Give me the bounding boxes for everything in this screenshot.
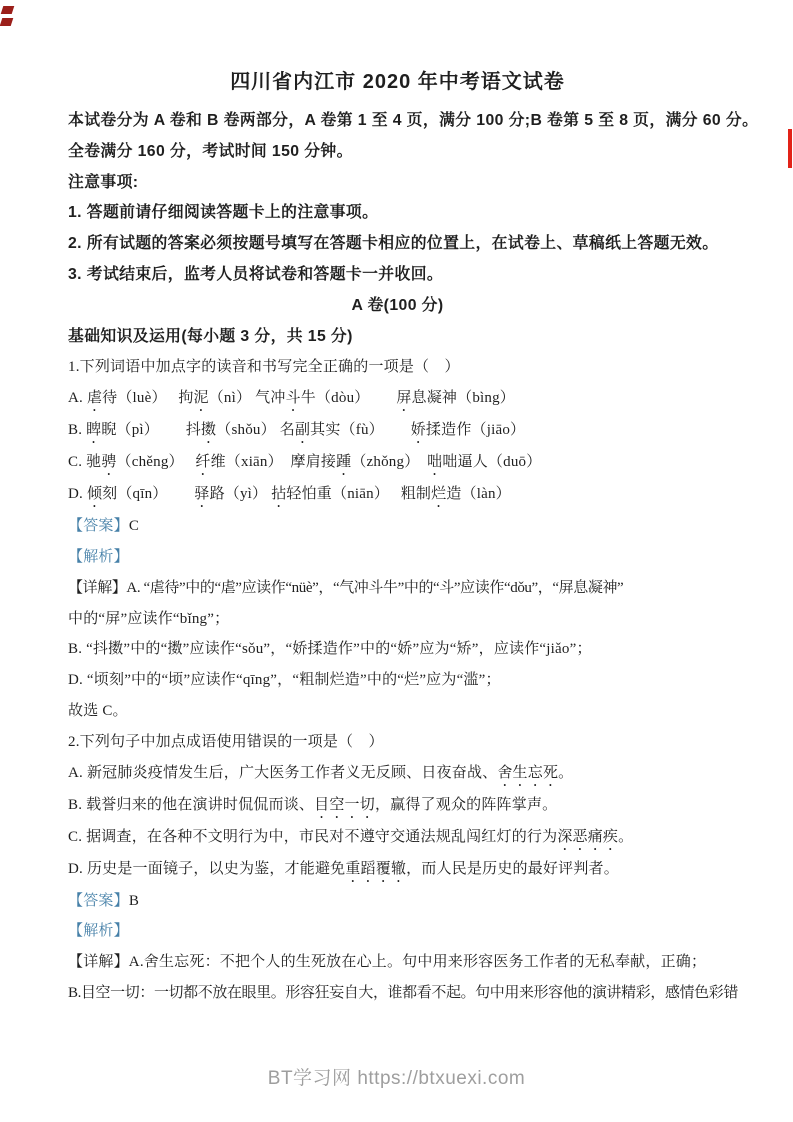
dotted-char: 睥: [86, 422, 101, 438]
text-segment: 。: [558, 765, 573, 781]
text-segment: D.: [68, 861, 87, 877]
text-segment: ，而人民是历史的最好评判者。: [406, 861, 619, 877]
q1-detail-line-2: 中的“屏”应读作“bǐng”；: [68, 604, 727, 635]
dotted-char: 咄: [427, 454, 442, 470]
dotted-char: 副: [295, 422, 310, 438]
q2-option-b: B. 载誉归来的他在演讲时侃侃而谈、目空一切，赢得了观众的阵阵掌声。: [68, 790, 727, 822]
text-segment: （nì）: [209, 390, 251, 406]
q2-answer-value: B: [129, 893, 139, 909]
red-edge-mark: [788, 129, 792, 168]
text-segment: 摩肩接: [291, 454, 337, 470]
text-segment: （shǒu）: [216, 422, 276, 438]
text-segment: B.: [68, 422, 86, 438]
dotted-char: 目空一切: [314, 797, 375, 813]
text-segment: C.: [68, 454, 86, 470]
text-segment: [362, 390, 396, 406]
text-segment: 咄逼人（duō）: [442, 454, 541, 470]
q2-analysis-line: 【解析】: [68, 916, 727, 947]
dotted-char: 踵: [336, 454, 351, 470]
text-segment: 气冲: [255, 390, 285, 406]
text-segment: C.: [68, 829, 86, 845]
text-segment: 新冠肺炎疫情发生后，广大医务工作者义无反顾、日夜奋战、: [87, 765, 497, 781]
text-segment: 睨（pì）: [101, 422, 151, 438]
text-segment: ，赢得了观众的阵阵掌声。: [375, 797, 557, 813]
text-segment: 粗制: [401, 486, 431, 502]
q1-answer-line: 【答案】C: [68, 511, 727, 542]
text-segment: 载誉归来的他在演讲时侃侃而谈、: [86, 797, 314, 813]
q1-analysis-line: 【解析】: [68, 542, 727, 573]
q1-option-b: B. 睥睨（pì） 抖擞（shǒu） 名副其实（fù） 娇揉造作（jiāo）: [68, 415, 727, 447]
dotted-char: 倾: [87, 486, 102, 502]
dotted-char: 深恶痛疾: [557, 829, 618, 845]
text-segment: 刻（qīn）: [102, 486, 160, 502]
q1-answer-value: C: [129, 518, 139, 534]
q2-analysis-label: 【解析】: [68, 923, 129, 939]
dotted-char: 斗: [286, 390, 301, 406]
dotted-char: 娇: [411, 422, 426, 438]
q1-detail-line-4: D. “顷刻”中的“顷”应读作“qīng”，“粗制烂造”中的“烂”应为“滥”；: [68, 665, 727, 696]
q1-analysis-label: 【解析】: [68, 549, 129, 565]
text-segment: 轻怕重（niān）: [286, 486, 381, 502]
q1-option-c: C. 驰骋（chěng） 纤维（xiān） 摩肩接踵（zhǒng） 咄咄逼人（d…: [68, 447, 727, 479]
text-segment: [376, 422, 410, 438]
q1-option-a: A. 虐待（luè） 拘泥（nì） 气冲斗牛（dòu） 屏息凝神（bìng）: [68, 383, 727, 415]
text-segment: D.: [68, 486, 87, 502]
text-segment: [176, 454, 195, 470]
q2-answer-label: 【答案】: [68, 893, 129, 909]
q2-detail-line-2: B.目空一切：一切都不放在眼里。形容狂妄自大，谁都看不起。句中用来形容他的演讲精…: [68, 978, 727, 1009]
text-segment: 待（luè）: [102, 390, 159, 406]
dotted-char: 烂: [431, 486, 446, 502]
text-segment: 路（yì）: [210, 486, 268, 502]
text-segment: 。: [618, 829, 633, 845]
volume-a-header: A 卷(100 分): [68, 291, 727, 322]
text-segment: [160, 486, 194, 502]
text-segment: 造（làn）: [446, 486, 511, 502]
notice-item-2: 2. 所有试题的答案必须按题号填写在答题卡相应的位置上，在试卷上、草稿纸上答题无…: [68, 229, 727, 260]
text-segment: （chěng）: [117, 454, 177, 470]
dotted-char: 拈: [271, 486, 286, 502]
intro-line-1: 本试卷分为 A 卷和 B 卷两部分，A 卷第 1 至 4 页，满分 100 分;…: [68, 106, 727, 137]
exam-document-page: 四川省内江市 2020 年中考语文试卷 本试卷分为 A 卷和 B 卷两部分，A …: [0, 0, 793, 1122]
dotted-char: 舍生忘死: [497, 765, 558, 781]
intro-line-2: 全卷满分 160 分，考试时间 150 分钟。: [68, 137, 727, 168]
q1-answer-label: 【答案】: [68, 518, 129, 534]
text-segment: [275, 454, 290, 470]
text-segment: 牛（dòu）: [301, 390, 362, 406]
q2-option-d: D. 历史是一面镜子，以史为鉴，才能避免重蹈覆辙，而人民是历史的最好评判者。: [68, 854, 727, 886]
text-segment: A.: [68, 765, 87, 781]
text-segment: （zhǒng）: [351, 454, 412, 470]
text-segment: 揉造作（jiāo）: [426, 422, 525, 438]
text-segment: 息凝神（bìng）: [412, 390, 515, 406]
text-segment: 抖: [186, 422, 201, 438]
q2-option-c: C. 据调查，在各种不文明行为中，市民对不遵守交通法规乱闯红灯的行为深恶痛疾。: [68, 822, 727, 854]
q1-detail-line-3: B. “抖擞”中的“擞”应读作“sǒu”，“娇揉造作”中的“娇”应为“矫”，应读…: [68, 634, 727, 665]
text-segment: 维（xiān）: [211, 454, 276, 470]
text-segment: B.: [68, 797, 86, 813]
q1-stem: 1.下列词语中加点字的读音和书写完全正确的一项是（ ）: [68, 352, 727, 383]
q2-stem: 2.下列句子中加点成语使用错误的一项是（ ）: [68, 727, 727, 758]
q1-option-d: D. 倾刻（qīn） 驿路（yì） 拈轻怕重（niān） 粗制烂造（làn）: [68, 479, 727, 511]
text-segment: 驰: [86, 454, 101, 470]
dotted-char: 骋: [101, 454, 116, 470]
dotted-char: 擞: [201, 422, 216, 438]
q1-detail-line-1: 【详解】A. “虐待”中的“虐”应读作“nüè”，“气冲斗牛”中的“斗”应读作“…: [68, 573, 727, 604]
site-watermark: BT学习网 https://btxuexi.com: [0, 1063, 793, 1090]
page-title: 四川省内江市 2020 年中考语文试卷: [68, 64, 727, 100]
basics-section-header: 基础知识及运用(每小题 3 分，共 15 分): [68, 322, 727, 353]
dotted-char: 纤: [195, 454, 210, 470]
notice-heading: 注意事项:: [68, 168, 727, 199]
text-segment: [382, 486, 401, 502]
text-segment: A.: [68, 390, 87, 406]
text-segment: [159, 390, 178, 406]
dotted-char: 屏: [396, 390, 411, 406]
text-segment: 名: [280, 422, 295, 438]
text-segment: 拘: [178, 390, 193, 406]
q2-detail-line-1: 【详解】A.舍生忘死：不把个人的生死放在心上。句中用来形容医务工作者的无私奉献，…: [68, 947, 727, 978]
notice-item-3: 3. 考试结束后，监考人员将试卷和答题卡一并收回。: [68, 260, 727, 291]
text-segment: 其实（fù）: [310, 422, 376, 438]
dotted-char: 虐: [87, 390, 102, 406]
dotted-char: 泥: [194, 390, 209, 406]
q2-answer-line: 【答案】B: [68, 886, 727, 917]
document-content: 四川省内江市 2020 年中考语文试卷 本试卷分为 A 卷和 B 卷两部分，A …: [0, 0, 793, 1009]
q1-detail-line-5: 故选 C。: [68, 696, 727, 727]
text-segment: 历史是一面镜子，以史为鉴，才能避免: [87, 861, 345, 877]
text-segment: 据调查，在各种不文明行为中，市民对不遵守交通法规乱闯红灯的行为: [86, 829, 557, 845]
dotted-char: 驿: [194, 486, 209, 502]
text-segment: [151, 422, 185, 438]
dotted-char: 重蹈覆辙: [345, 861, 406, 877]
q2-option-a: A. 新冠肺炎疫情发生后，广大医务工作者义无反顾、日夜奋战、舍生忘死。: [68, 758, 727, 790]
text-segment: [412, 454, 427, 470]
notice-item-1: 1. 答题前请仔细阅读答题卡上的注意事项。: [68, 198, 727, 229]
